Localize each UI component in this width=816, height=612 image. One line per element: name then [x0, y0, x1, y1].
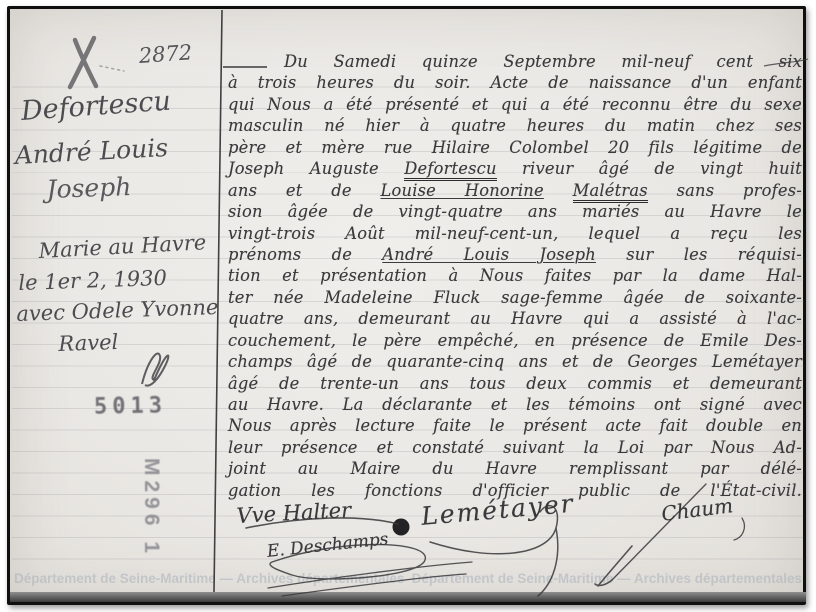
act-body-text: Du Samedi quinze Septembre mil-neuf cent…	[228, 51, 802, 501]
body-line: Nous après lecture faite le présent acte…	[228, 415, 802, 436]
act-body-lines: Du Samedi quinze Septembre mil-neuf cent…	[228, 51, 802, 501]
body-line: joint au Maire du Havre remplissant par …	[228, 458, 802, 479]
body-line: quatre ans, demeurant au Havre qui a ass…	[228, 308, 802, 329]
body-line: vingt-trois Août mil-neuf-cent-un, leque…	[228, 223, 802, 244]
body-line: à trois heures du soir. Acte de naissanc…	[228, 72, 802, 93]
body-line: Du Samedi quinze Septembre mil-neuf cent…	[228, 51, 802, 72]
scan-bottom-edge	[10, 592, 806, 602]
body-line: âgé de trente-un ans tous deux commis et…	[228, 373, 802, 394]
body-line: ter née Madeleine Fluck sage-femme âgée …	[228, 287, 802, 308]
margin-given-names-line2: Joseph	[46, 172, 132, 204]
body-line: père et mère rue Hilaire Colombel 20 fil…	[228, 137, 802, 158]
body-line: champs âgé de quarante-cinq ans et de Ge…	[228, 351, 802, 372]
marriage-note-line4: Ravel	[58, 330, 119, 356]
body-line: couchement, le père empêché, en présence…	[228, 330, 802, 351]
body-line: sion âgée de vingt-quatre ans mariés au …	[228, 201, 802, 222]
body-line: tion et présentation à Nous faites par l…	[228, 265, 802, 286]
body-line: leur présence et constaté suivant la Loi…	[228, 437, 802, 458]
body-line: ans et de Louise Honorine Malétras sans …	[228, 180, 802, 201]
registry-number-stamp: 5013	[94, 393, 167, 419]
body-line: qui Nous a été présenté et qui a été rec…	[228, 94, 802, 115]
body-line: masculin né hier à quatre heures du mati…	[228, 115, 802, 136]
body-line: prénoms de André Louis Joseph sur les ré…	[228, 244, 802, 265]
scanned-civil-record-page: { "scan": { "act_number": "2872", "regis…	[0, 0, 816, 612]
film-number-stamp: M296 1	[139, 458, 163, 558]
act-number: 2872	[138, 40, 193, 68]
body-line: au Havre. La déclarante et les témoins o…	[228, 394, 802, 415]
body-line: Joseph Auguste Defortescu riveur âgé de …	[228, 158, 802, 179]
